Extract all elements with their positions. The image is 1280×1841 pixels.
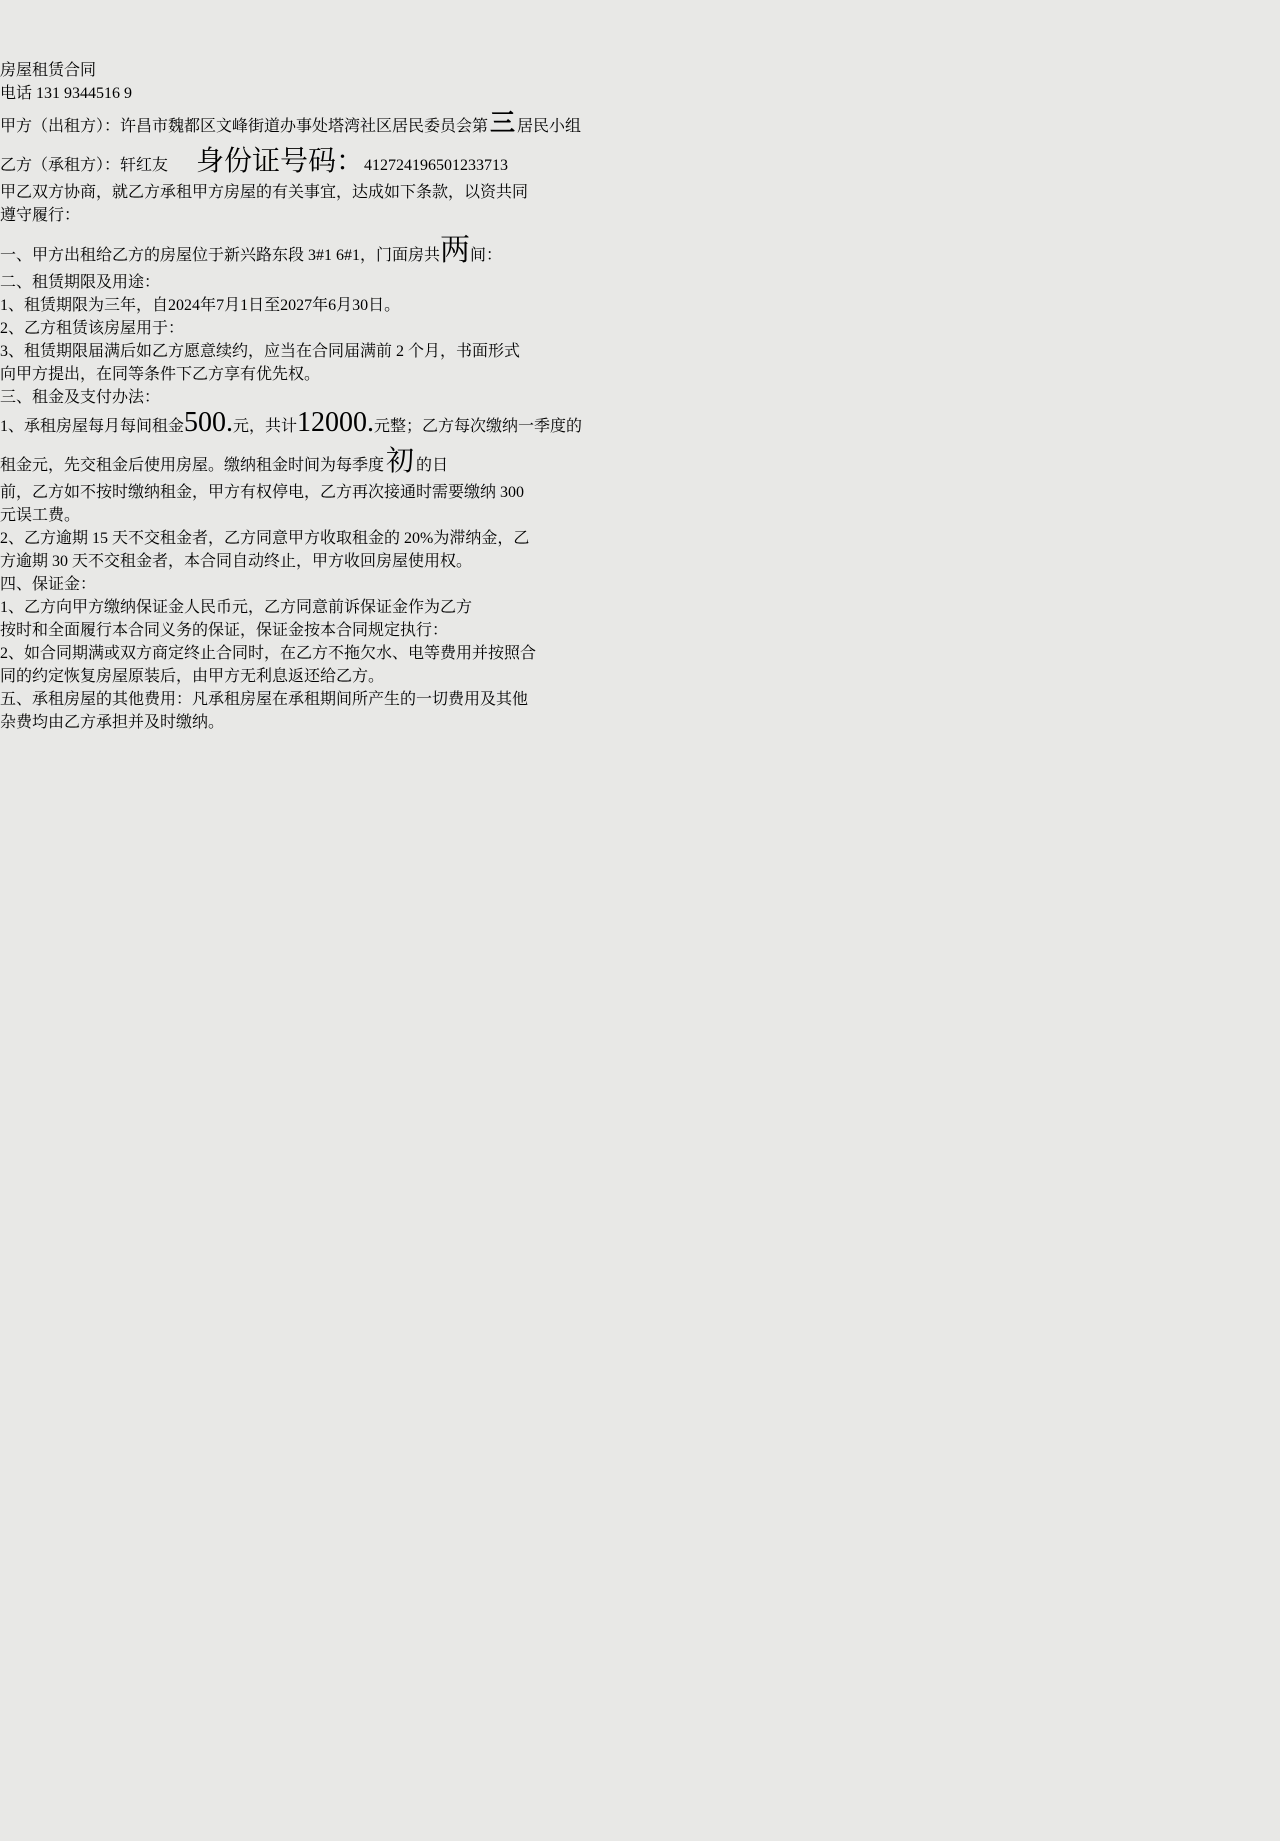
term-p4: 月 bbox=[224, 297, 240, 314]
clause4-heading-text: 四、保证金： bbox=[0, 576, 96, 593]
clause1-prefix: 一、甲方出租给乙方的房屋位于 bbox=[0, 247, 224, 264]
term-prefix: 1、租赁期限为 bbox=[0, 297, 104, 314]
other-fees-text-2: 杂费均由乙方承担并及时缴纳。 bbox=[0, 714, 224, 731]
clause-4-item-2-line-2: 同的约定恢复房屋原装后，由甲方无利息返还给乙方。 bbox=[0, 663, 1280, 686]
deposit-text-2: 按时和全面履行本合同义务的保证，保证金按本合同规定执行： bbox=[0, 622, 448, 639]
clause-3-item-1-line-1: 1、承租房屋每月每间租金500.元，共计12000.元整；乙方每次缴纳一季度的 bbox=[0, 407, 1280, 439]
rent-p2: 元，共计 bbox=[233, 418, 297, 435]
clause-5-line-1: 五、承租房屋的其他费用：凡承租房屋在承租期间所产生的一切费用及其他 bbox=[0, 686, 1280, 709]
term-p8: 日。 bbox=[368, 297, 400, 314]
clause1-handwritten-room-count: 两 bbox=[440, 234, 470, 267]
rent-prefix: 1、承租房屋每月每间租金 bbox=[0, 418, 184, 435]
hw-quarter-start: 初 bbox=[386, 446, 414, 477]
deposit-p1: 1、乙方向甲方缴纳保证金人民币 bbox=[0, 599, 232, 616]
overdue-text-1: 2、乙方逾期 15 天不交租金者，乙方同意甲方收取租金的 20%为滞纳金，乙 bbox=[0, 530, 529, 547]
clause-1-line: 一、甲方出租给乙方的房屋位于新兴路东段 3#1 6#1，门面房共两间： bbox=[0, 225, 1280, 269]
clause3-heading-text: 三、租金及支付办法： bbox=[0, 389, 160, 406]
clause-4-heading: 四、保证金： bbox=[0, 571, 1280, 594]
clause1-handwritten-address: 新兴路东段 3#1 6#1 bbox=[224, 247, 360, 264]
clause-2-item-2: 2、乙方租赁该房屋用于： bbox=[0, 315, 1280, 338]
termination-text-2: 同的约定恢复房屋原装后，由甲方无利息返还给乙方。 bbox=[0, 668, 384, 685]
preamble-text-1: 甲乙双方协商，就乙方承租甲方房屋的有关事宜，达成如下条款，以资共同 bbox=[0, 184, 528, 201]
hw-monthly-rent: 500. bbox=[184, 407, 233, 438]
clause-3-heading: 三、租金及支付办法： bbox=[0, 384, 1280, 407]
clause-3-item-1-line-3: 前，乙方如不按时缴纳租金，甲方有权停电，乙方再次接通时需要缴纳 300 bbox=[0, 479, 1280, 502]
preamble-line-2: 遵守履行： bbox=[0, 202, 1280, 225]
rent2-p1: 租金 bbox=[0, 457, 32, 474]
id-number-handwritten: 412724196501233713 bbox=[364, 157, 508, 174]
clause2-item3-text-2: 向甲方提出，在同等条件下乙方享有优先权。 bbox=[0, 366, 320, 383]
hw-total-rent: 12000. bbox=[297, 407, 374, 438]
clause-2-heading: 二、租赁期限及用途： bbox=[0, 269, 1280, 292]
id-number-label: 身份证号码： bbox=[196, 146, 364, 177]
clause-4-item-2-line-1: 2、如合同期满或双方商定终止合同时，在乙方不拖欠水、电等费用并按照合 bbox=[0, 640, 1280, 663]
rent-p3: 元整；乙方每次缴纳一季度的 bbox=[374, 418, 582, 435]
rent4-text: 元误工费。 bbox=[0, 507, 80, 524]
phone-text: 电话 131 9344516 9 bbox=[0, 85, 132, 102]
hw-start-month: 7 bbox=[216, 297, 224, 314]
hw-term-years: 三 bbox=[104, 297, 120, 314]
scanned-contract-page: 房屋租赁合同 电话 131 9344516 9 甲方（出租方）：许昌市魏都区文峰… bbox=[0, 0, 1280, 1841]
scan-speck bbox=[0, 43, 7, 54]
party-b-line: 乙方（承租方）：轩红友身份证号码：412724196501233713 bbox=[0, 139, 1280, 179]
overdue-text-2: 方逾期 30 天不交租金者，本合同自动终止，甲方收回房屋使用权。 bbox=[0, 553, 472, 570]
party-b-handwritten-name: 轩红友 bbox=[120, 157, 168, 174]
rent2-p2: 元，先交租金后使用房屋。缴纳租金时间为每季度 bbox=[32, 457, 384, 474]
handwritten-phone-number: 电话 131 9344516 9 bbox=[0, 80, 1280, 103]
term-p3: 年 bbox=[200, 297, 216, 314]
clause-4-item-1-line-1: 1、乙方向甲方缴纳保证金人民币元，乙方同意前诉保证金作为乙方 bbox=[0, 594, 1280, 617]
term-p7: 月 bbox=[336, 297, 352, 314]
party-a-value-2: 居民小组 bbox=[517, 118, 581, 135]
party-a-value: 许昌市魏都区文峰街道办事处塔湾社区居民委员会第 bbox=[120, 118, 488, 135]
other-fees-text-1: 五、承租房屋的其他费用：凡承租房屋在承租期间所产生的一切费用及其他 bbox=[0, 691, 528, 708]
hw-end-month: 6 bbox=[328, 297, 336, 314]
clause-3-item-1-line-2: 租金元，先交租金后使用房屋。缴纳租金时间为每季度初的日 bbox=[0, 439, 1280, 479]
party-a-handwritten-group-number: 三 bbox=[490, 110, 515, 137]
term-p5: 日至 bbox=[248, 297, 280, 314]
party-b-label: 乙方（承租方）： bbox=[0, 157, 120, 174]
title-text: 房屋租赁合同 bbox=[0, 62, 96, 79]
deposit-p2: 元，乙方同意前诉保证金作为乙方 bbox=[232, 599, 472, 616]
clause2-item2-text: 2、乙方租赁该房屋用于： bbox=[0, 320, 184, 337]
rent3-text: 前，乙方如不按时缴纳租金，甲方有权停电，乙方再次接通时需要缴纳 300 bbox=[0, 484, 524, 501]
rent2-p3: 的 bbox=[416, 457, 432, 474]
hw-end-year: 2027 bbox=[280, 297, 312, 314]
clause-4-item-1-line-2: 按时和全面履行本合同义务的保证，保证金按本合同规定执行： bbox=[0, 617, 1280, 640]
clause2-heading-text: 二、租赁期限及用途： bbox=[0, 274, 160, 291]
clause-3-item-1-line-4: 元误工费。 bbox=[0, 502, 1280, 525]
party-a-line: 甲方（出租方）：许昌市魏都区文峰街道办事处塔湾社区居民委员会第三居民小组 bbox=[0, 103, 1280, 139]
document-title: 房屋租赁合同 bbox=[0, 57, 1280, 80]
clause-2-item-1: 1、租赁期限为三年，自2024年7月1日至2027年6月30日。 bbox=[0, 292, 1280, 315]
clause-3-item-2-line-1: 2、乙方逾期 15 天不交租金者，乙方同意甲方收取租金的 20%为滞纳金，乙 bbox=[0, 525, 1280, 548]
hw-start-day: 1 bbox=[240, 297, 248, 314]
hw-start-year: 2024 bbox=[168, 297, 200, 314]
clause-2-item-3-line-2: 向甲方提出，在同等条件下乙方享有优先权。 bbox=[0, 361, 1280, 384]
term-p2: 年，自 bbox=[120, 297, 168, 314]
clause1-middle: ，门面房共 bbox=[360, 247, 440, 264]
clause1-suffix: 间： bbox=[470, 247, 502, 264]
clause-5-line-2: 杂费均由乙方承担并及时缴纳。 bbox=[0, 709, 1280, 732]
clause2-item3-text-1: 3、租赁期限届满后如乙方愿意续约，应当在合同届满前 2 个月，书面形式 bbox=[0, 343, 520, 360]
term-p6: 年 bbox=[312, 297, 328, 314]
preamble-text-2: 遵守履行： bbox=[0, 207, 80, 224]
termination-text-1: 2、如合同期满或双方商定终止合同时，在乙方不拖欠水、电等费用并按照合 bbox=[0, 645, 536, 662]
preamble-line-1: 甲乙双方协商，就乙方承租甲方房屋的有关事宜，达成如下条款，以资共同 bbox=[0, 179, 1280, 202]
hw-end-day: 30 bbox=[352, 297, 368, 314]
clause-3-item-2-line-2: 方逾期 30 天不交租金者，本合同自动终止，甲方收回房屋使用权。 bbox=[0, 548, 1280, 571]
party-a-label: 甲方（出租方）： bbox=[0, 118, 120, 135]
clause-2-item-3-line-1: 3、租赁期限届满后如乙方愿意续约，应当在合同届满前 2 个月，书面形式 bbox=[0, 338, 1280, 361]
rent2-p4: 日 bbox=[432, 457, 448, 474]
